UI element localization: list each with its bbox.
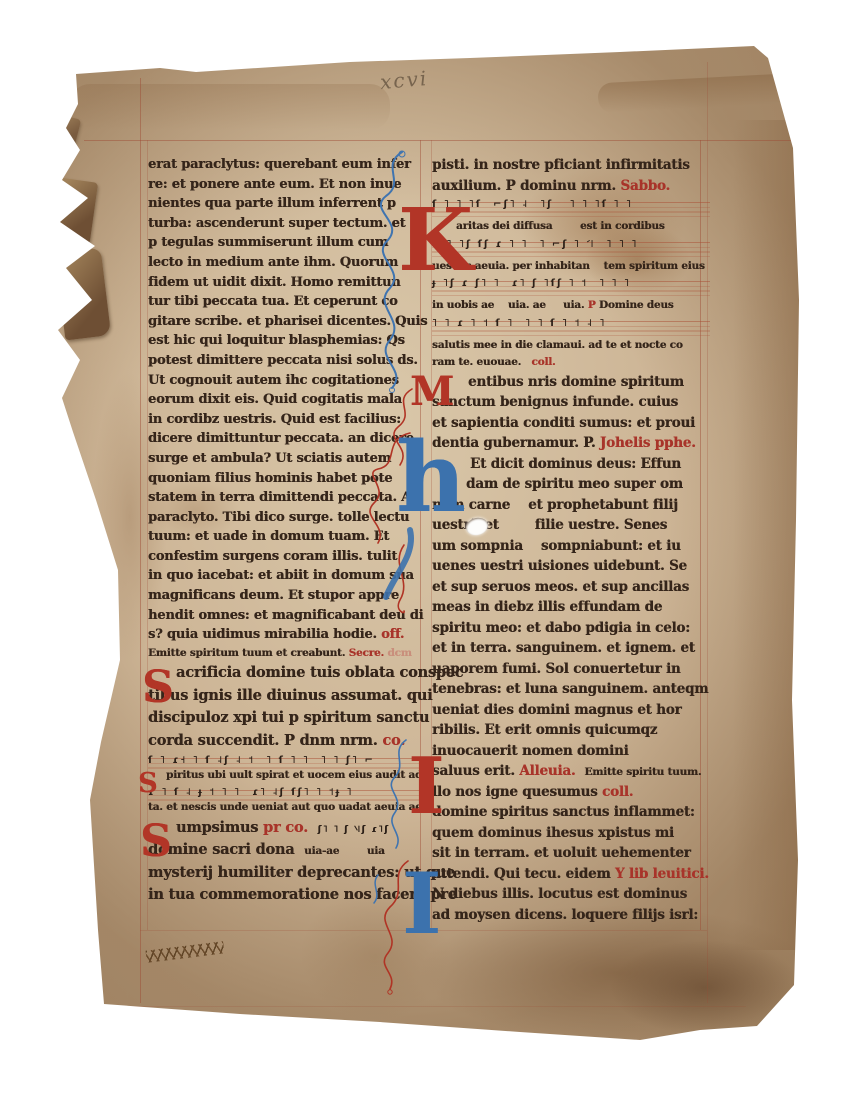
text-line: hendit omnes: et magnificabant deu di <box>148 608 428 628</box>
text-line: re: et ponere ante eum. Et non inue <box>148 177 428 197</box>
text-line: domine sacri dona uia-ae uia <box>148 841 428 863</box>
stain <box>70 84 390 130</box>
text-line: paraclyto. Tibi dico surge. tolle lectu <box>148 510 428 530</box>
text-line: quem dominus ihesus xpistus mi <box>432 825 710 846</box>
text-line: uestris aeuia. per inhabitan tem spiritu… <box>432 260 710 278</box>
text-line: dicere dimittuntur peccata. an dicere <box>148 431 428 451</box>
text-line: ram te. euouae. coll. <box>432 356 710 374</box>
text-line: llo nos igne quesumus coll. <box>432 784 710 805</box>
initial-i-red: I <box>408 748 445 826</box>
text-line: et sapientia conditi sumus: et proui <box>432 415 710 436</box>
text-line: ad moysen dicens. loquere filijs isrl: <box>432 907 710 928</box>
text-line: tenebras: et luna sanguinem. anteqm <box>432 681 710 702</box>
text-line: piritus ubi uult spirat et uocem eius au… <box>148 769 428 787</box>
text-line: mysterij humiliter deprecantes: ut que <box>148 864 428 886</box>
initial-h: h <box>396 430 466 526</box>
text-column-left: erat paraclytus: querebant eum inferre: … <box>148 157 428 908</box>
text-line: statem in terra dimittendi peccata. Ait <box>148 490 428 510</box>
text-line: fidem ut uidit dixit. Homo remittun <box>148 275 428 295</box>
neume-line: ɟ ˥ʃ ɾ ʃ˥ ˥ ɾ˥ ʃ ˥ſʃ ˥ ˦ ˥ ˥ ˥ <box>432 277 710 299</box>
initial-m: M <box>410 372 454 412</box>
text-line: N diebus illis. locutus est dominus <box>432 886 710 907</box>
edge-tear <box>55 248 111 341</box>
text-line: entibus nris domine spiritum <box>432 374 710 395</box>
text-line: gitare scribe. et pharisei dicentes. Qui… <box>148 314 428 334</box>
text-line: eorum dixit eis. Quid cogitatis mala <box>148 392 428 412</box>
text-line: aritas dei diffusa est in cordibus <box>432 220 710 238</box>
edge-tear <box>47 113 81 149</box>
text-line: acrificia domine tuis oblata conspec <box>148 664 428 686</box>
text-line: tur tibi peccata tua. Et ceperunt co <box>148 294 428 314</box>
text-line: lecto in medium ante ihm. Quorum <box>148 255 428 275</box>
text-line: ribilis. Et erit omnis quicumqz <box>432 722 710 743</box>
text-line: s? quia uidimus mirabilia hodie. off. <box>148 627 428 647</box>
text-line: in quo iacebat: et abiit in domum sua <box>148 568 428 588</box>
initial-s-sacrificia: S <box>142 666 174 710</box>
text-line: nientes qua parte illum inferrent p <box>148 196 428 216</box>
text-line: dentia gubernamur. P. Johelis pphe. <box>432 435 710 456</box>
text-line: Ut cognouit autem ihc cogitationes <box>148 373 428 393</box>
text-line: sit in terram. et uoluit uehementer <box>432 845 710 866</box>
text-line: turba: ascenderunt super tectum. et <box>148 216 428 236</box>
text-line: sanctum benignus infunde. cuius <box>432 394 710 415</box>
text-line: surge et ambula? Ut sciatis autem <box>148 451 428 471</box>
text-line: umpsimus pr co. ʃ˥ ˥ ʃ ˥˨ʃ ɾ˥ʃ <box>148 819 428 841</box>
neume-line: ſ ˥ ˥ ˥ſ ⌐ʃ˥ ˨ ˥ʃ ˥ ˥ ˥ſ ˥ ˥ <box>432 198 710 220</box>
text-line: uenes uestri uisiones uidebunt. Se <box>432 558 710 579</box>
photo-background: xcvi erat paraclytus: querebant eum infe… <box>0 0 858 1100</box>
text-line: in cordibz uestris. Quid est facilius: <box>148 412 428 432</box>
manuscript-leaf: xcvi erat paraclytus: querebant eum infe… <box>0 0 858 1100</box>
text-line: salutis mee in die clamaui. ad te et noc… <box>432 339 710 357</box>
folio-number: xcvi <box>379 66 429 94</box>
neume-line: ɾ ˥ ſ ˨ ɟ ˦ ˥ ˥ ɾ˥ ˨ʃ ſʃ˥ ˥ ˦ɟ ˥ <box>148 786 428 801</box>
text-line: in tua commemoratione nos facere pre <box>148 886 428 908</box>
edge-tear <box>52 178 98 245</box>
text-line: uaporem fumi. Sol conuertetur in <box>432 661 710 682</box>
text-column-right: pisti. in nostre pficiant infirmitatisau… <box>432 157 710 927</box>
text-line: saluus erit. Alleuia. Emitte spiritu tuu… <box>432 763 710 784</box>
text-line: erat paraclytus: querebant eum infer <box>148 157 428 177</box>
neume-line: ſ ˥ ɾ˧ ˥ ſ ˨ʃ ˨ ˦ ˥ ſ ˥ ˥ ˥ ˥ ʃ˥ ⌐ <box>148 754 428 769</box>
text-line: auxilium. P dominu nrm. Sabbo. <box>432 178 710 199</box>
text-line: est hic qui loquitur blasphemias: Qs <box>148 333 428 353</box>
text-line: inuocauerit nomen domini <box>432 743 710 764</box>
stitch-repair <box>146 941 225 962</box>
text-line: confestim surgens coram illis. tulit <box>148 549 428 569</box>
initial-s-sumpsimus: S <box>140 820 172 864</box>
text-line: tibus ignis ille diuinus assumat. qui <box>148 687 428 709</box>
text-line: in uobis ae uia. ae uia. P Domine deus <box>432 299 710 317</box>
neume-line: ˥ ˥ ɾ ˥ ˦ ſ ˥ ˥ ˥ ſ ˥ ˦ ˨ ˥ <box>432 317 710 339</box>
text-line: quoniam filius hominis habet pote <box>148 471 428 491</box>
text-line: pisti. in nostre pficiant infirmitatis <box>432 157 710 178</box>
text-line: corda succendit. P dnm nrm. co. <box>148 732 428 754</box>
text-line: attendi. Qui tecu. eidem Y lib leuitici. <box>432 866 710 887</box>
initial-k: K <box>398 198 473 284</box>
crease-fold <box>597 73 803 114</box>
text-line: um sompnia sompniabunt: et iu <box>432 538 710 559</box>
text-line: Et dicit dominus deus: Effun <box>432 456 710 477</box>
ruling-line <box>96 1006 746 1007</box>
text-line: discipuloz xpi tui p spiritum sanctu <box>148 709 428 731</box>
text-line: tuum: et uade in domum tuam. Et <box>148 529 428 549</box>
text-line: et sup seruos meos. et sup ancillas <box>432 579 710 600</box>
stain <box>733 120 803 950</box>
text-line: meas in diebz illis effundam de <box>432 599 710 620</box>
initial-s-spiritus: S <box>138 770 158 797</box>
text-line: spiritu meo: et dabo pdigia in celo: <box>432 620 710 641</box>
text-line: p tegulas summiserunt illum cum <box>148 235 428 255</box>
stain <box>610 940 800 1035</box>
text-line: potest dimittere peccata nisi solus ds. <box>148 353 428 373</box>
text-line: domine spiritus sanctus inflammet: <box>432 804 710 825</box>
text-line: nem carne et prophetabunt filij <box>432 497 710 518</box>
initial-i-blue: I <box>402 862 441 946</box>
neume-line: ˥˦ ˥ ˥ʃ ſʃ ɾ ˥ ˥ ˥ ⌐ʃ ˥ ˦˥ ˥ ˥ ˥ <box>432 238 710 260</box>
text-line: ta. et nescis unde ueniat aut quo uadat … <box>148 801 428 819</box>
text-line: et in terra. sanguinem. et ignem. et <box>432 640 710 661</box>
text-line: ueniat dies domini magnus et hor <box>432 702 710 723</box>
text-line: Emitte spiritum tuum et creabunt. Secre.… <box>148 647 428 665</box>
text-line: magnificans deum. Et stupor appre <box>148 588 428 608</box>
text-line: dam de spiritu meo super om <box>432 476 710 497</box>
ruling-line <box>84 140 796 141</box>
